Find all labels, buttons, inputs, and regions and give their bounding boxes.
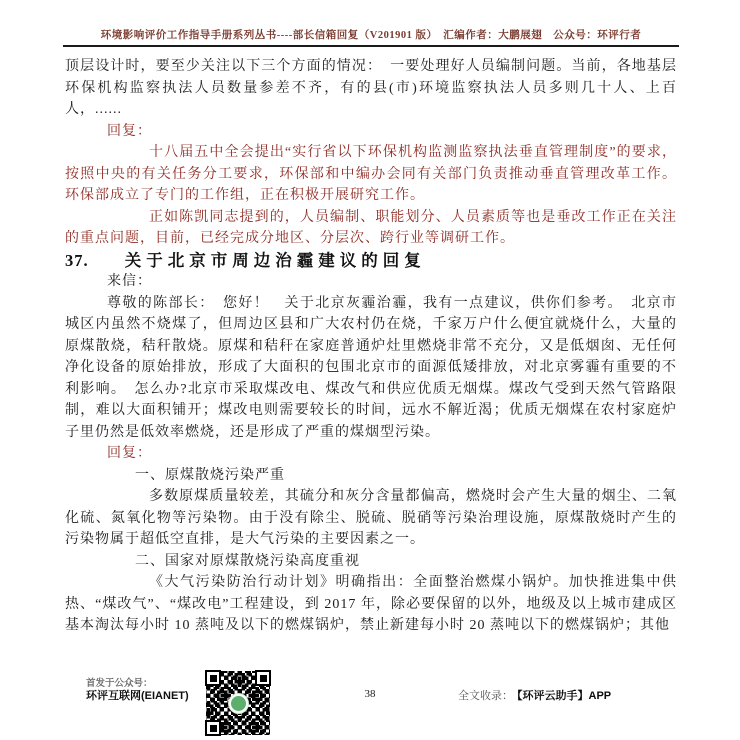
reply-label: 回复： bbox=[65, 121, 677, 143]
paragraph-continued: 顶层设计时，要至少关注以下三个方面的情况： 一要处理好人员编制问题。当前，各地基… bbox=[65, 56, 677, 121]
reply-paragraph: 《大气污染防治行动计划》明确指出：全面整治燃煤小锅炉。加快推进集中供热、“煤改气… bbox=[65, 572, 677, 637]
collection-app-name: 【环评云助手】APP bbox=[517, 690, 611, 702]
header-title: 环境影响评价工作指导手册系列丛书----部长信箱回复（V201901 版） 汇编… bbox=[101, 30, 641, 41]
reply-label: 回复： bbox=[65, 443, 677, 465]
document-body: 顶层设计时，要至少关注以下三个方面的情况： 一要处理好人员编制问题。当前，各地基… bbox=[65, 56, 677, 637]
collection-label: 全文收录： bbox=[458, 690, 513, 702]
reply-item-heading: 一、原煤散烧污染严重 bbox=[65, 465, 677, 487]
letter-paragraph: 尊敬的陈部长： 您好！ 关于北京灰霾治霾，我有一点建议，供你们参考。 北京市城区… bbox=[65, 293, 677, 444]
section-heading: 37. 关于北京市周边治霾建议的回复 bbox=[65, 250, 677, 272]
qr-finder-icon bbox=[205, 670, 221, 686]
qr-finder-icon bbox=[205, 720, 221, 736]
section-number: 37. bbox=[65, 250, 89, 272]
document-header: 环境影响评价工作指导手册系列丛书----部长信箱回复（V201901 版） 汇编… bbox=[63, 27, 679, 47]
section-title: 关于北京市周边治霾建议的回复 bbox=[125, 250, 426, 272]
reply-paragraph: 多数原煤质量较差，其硫分和灰分含量都偏高，燃烧时会产生大量的烟尘、二氧化硫、氮氧… bbox=[65, 486, 677, 551]
page-number: 38 bbox=[0, 688, 740, 700]
letter-label: 来信： bbox=[65, 271, 677, 293]
qr-code bbox=[205, 670, 271, 736]
reply-paragraph: 正如陈凯同志提到的，人员编制、职能划分、人员素质等也是垂改工作正在关注的重点问题… bbox=[65, 207, 677, 250]
qr-finder-icon bbox=[255, 670, 271, 686]
footer-collection: 全文收录：【环评云助手】APP bbox=[458, 687, 611, 703]
reply-paragraph: 十八届五中全会提出“实行省以下环保机构监测监察执法垂直管理制度”的要求，按照中央… bbox=[65, 142, 677, 207]
reply-item-heading: 二、国家对原煤散烧污染高度重视 bbox=[65, 551, 677, 573]
